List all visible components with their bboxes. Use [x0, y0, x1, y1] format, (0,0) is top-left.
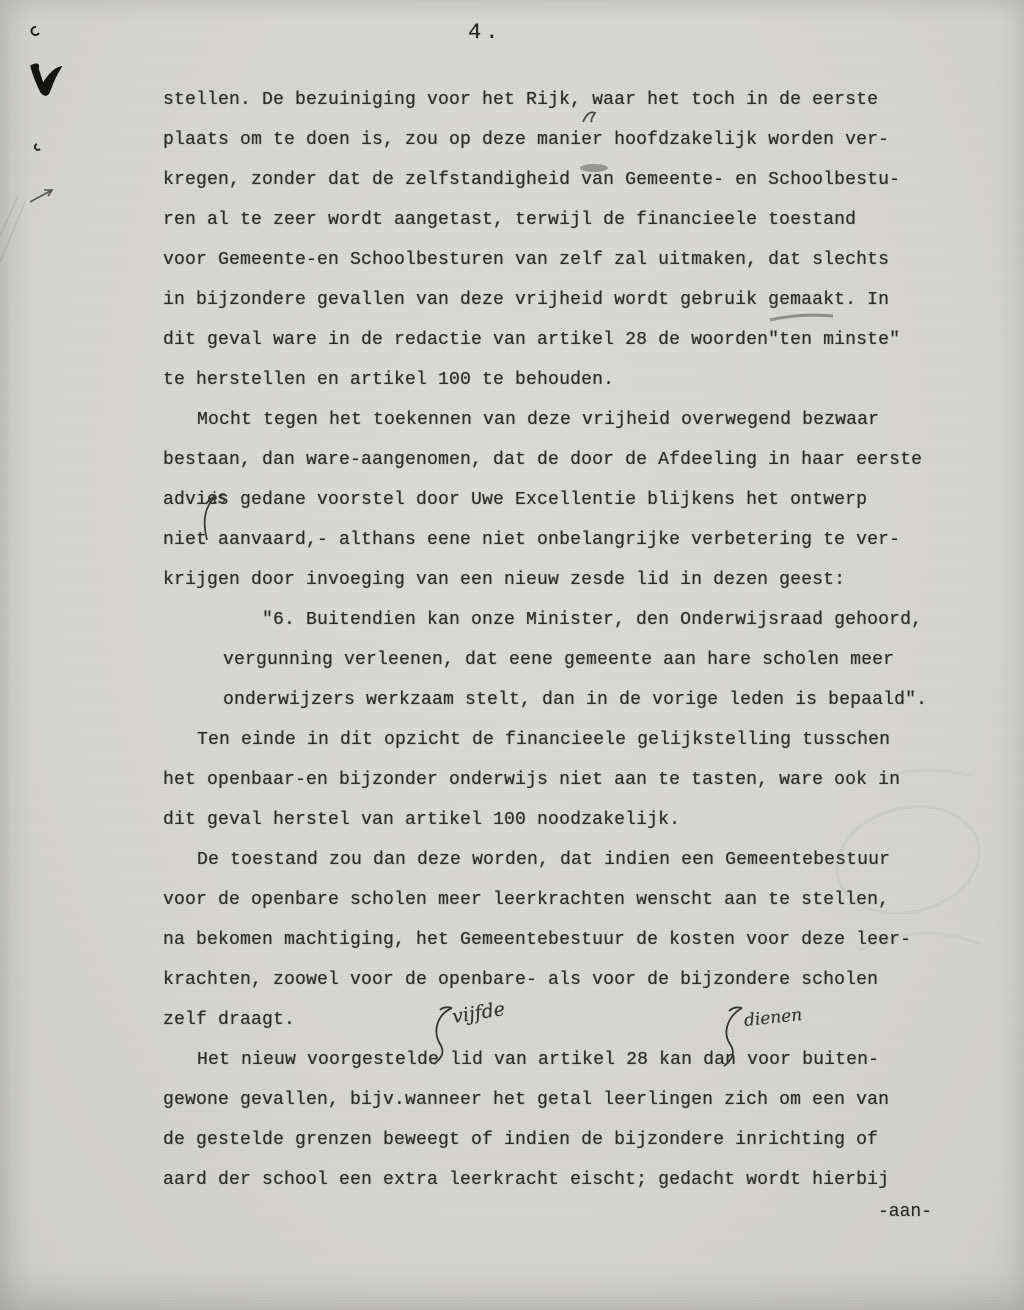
text-line paragraph-start: Mocht tegen het toekennen van deze vrijh…: [197, 400, 1024, 440]
text-line: niet aanvaard,- althans eene niet onbela…: [163, 520, 1024, 560]
margin-ink-fleck: [32, 27, 39, 35]
text-line: krachten, zoowel voor de openbare- als v…: [163, 960, 1024, 1000]
page-number: 4.: [468, 20, 502, 45]
text-line: advies gedane voorstel door Uwe Excellen…: [163, 480, 1024, 520]
text-line quoted-clause: vergunning verleenen, dat eene gemeente …: [223, 640, 1024, 680]
text-line: krijgen door invoeging van een nieuw zes…: [163, 560, 1024, 600]
text-line: te herstellen en artikel 100 te behouden…: [163, 360, 1024, 400]
text-line paragraph-start: Ten einde in dit opzicht de financieele …: [197, 720, 1024, 760]
text-line: gewone gevallen, bijv.wanneer het getal …: [163, 1080, 1024, 1120]
text-line: plaats om te doen is, zou op deze manier…: [163, 120, 1024, 160]
text-line: ren al te zeer wordt aangetast, terwijl …: [163, 200, 1024, 240]
text-line paragraph-start: De toestand zou dan deze worden, dat ind…: [197, 840, 1024, 880]
text-line: bestaan, dan ware-aangenomen, dat de doo…: [163, 440, 1024, 480]
text-line: voor de openbare scholen meer leerkracht…: [163, 880, 1024, 920]
text-line: na bekomen machtiging, het Gemeentebestu…: [163, 920, 1024, 960]
text-line: voor Gemeente-en Schoolbesturen van zelf…: [163, 240, 1024, 280]
text-line: in bijzondere gevallen van deze vrijheid…: [163, 280, 1024, 320]
text-line quoted-clause: "6. Buitendien kan onze Minister, den On…: [262, 600, 1024, 640]
typewritten-text: stellen. De bezuiniging voor het Rijk, w…: [0, 80, 1024, 1200]
text-line: stellen. De bezuiniging voor het Rijk, w…: [163, 80, 1024, 120]
scanned-typewritten-page: 4. stellen. De bezuiniging voor het Rijk…: [0, 0, 1024, 1310]
text-line: de gestelde grenzen beweegt of indien de…: [163, 1120, 1024, 1160]
text-line paragraph-start: Het nieuw voorgestelde lid van artikel 2…: [197, 1040, 1024, 1080]
text-line: het openbaar-en bijzonder onderwijs niet…: [163, 760, 1024, 800]
text-line: dit geval herstel van artikel 100 noodza…: [163, 800, 1024, 840]
text-line quoted-clause: onderwijzers werkzaam stelt, dan in de v…: [223, 680, 1024, 720]
text-line: zelf draagt.: [163, 1000, 1024, 1040]
text-line: dit geval ware in de redactie van artike…: [163, 320, 1024, 360]
catchword: -aan-: [878, 1192, 932, 1232]
text-line: kregen, zonder dat de zelfstandigheid va…: [163, 160, 1024, 200]
